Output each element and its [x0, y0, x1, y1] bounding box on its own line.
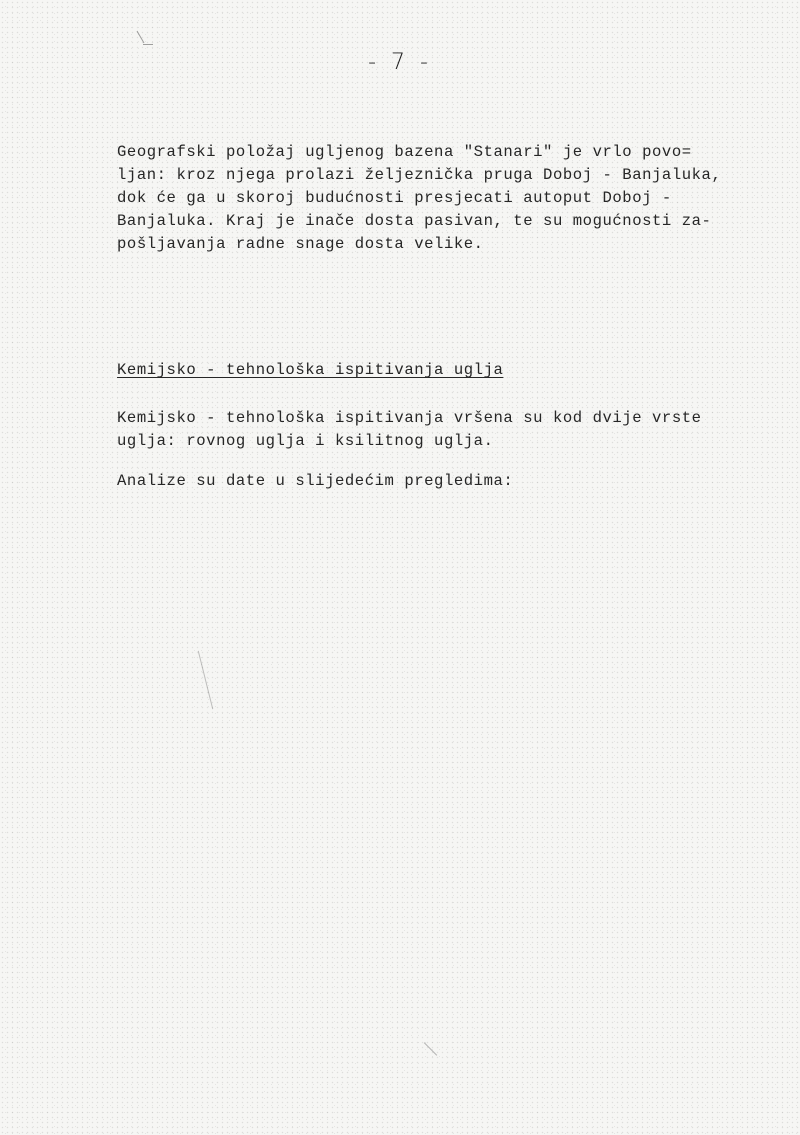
paragraph-line: uglja: rovnog uglja i ksilitnog uglja. — [117, 432, 494, 450]
paragraph-line: ljan: kroz njega prolazi željeznička pru… — [117, 166, 721, 184]
paragraph-line: Geografski položaj ugljenog bazena "Stan… — [117, 143, 692, 161]
paragraph-line: Analize su date u slijedećim pregledima: — [117, 472, 513, 490]
section-heading: Kemijsko - tehnološka ispitivanja uglja — [117, 361, 503, 379]
document-page: - 7 - Geografski položaj ugljenog bazena… — [0, 0, 800, 1135]
paragraph-line: Kemijsko - tehnološka ispitivanja vršena… — [117, 409, 702, 427]
corner-scan-mark — [143, 44, 153, 45]
paragraph-line: pošljavanja radne snage dosta velike. — [117, 235, 484, 253]
scan-artifact — [198, 651, 213, 709]
paragraph-line: Banjaluka. Kraj je inače dosta pasivan, … — [117, 212, 711, 230]
page-number: - 7 - — [0, 50, 800, 75]
corner-scan-mark — [137, 31, 145, 44]
scan-artifact — [424, 1042, 437, 1055]
paragraph-line: dok će ga u skoroj budućnosti presjecati… — [117, 189, 672, 207]
